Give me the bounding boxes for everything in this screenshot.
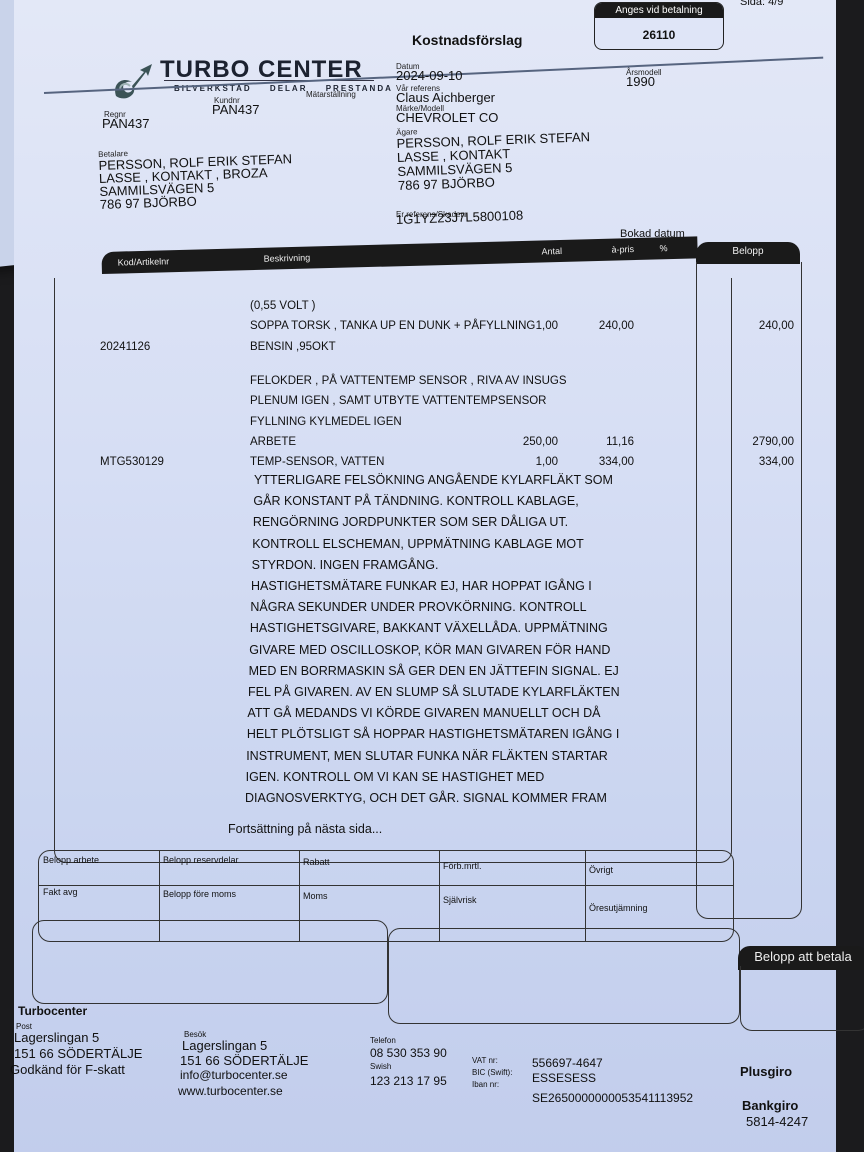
turbo-logo-icon — [110, 60, 154, 104]
row-quantity: 250,00 — [514, 436, 558, 448]
datum-value: 2024-09-10 — [396, 68, 463, 83]
work-note-line: HASTIGHETSMÄTARE FUNKAR EJ, HAR HOPPAT I… — [251, 576, 620, 597]
var-referens-value: Claus Aichberger — [396, 90, 495, 105]
work-note-line: MED EN BORRMASKIN SÅ GER DEN EN JÄTTEFIN… — [249, 661, 620, 682]
ovrigt-label: Övrigt — [589, 865, 613, 875]
plusgiro-label: Plusgiro — [740, 1064, 792, 1079]
row-description: TEMP-SENSOR, VATTEN — [250, 456, 384, 468]
work-notes: YTTERLIGARE FELSÖKNING ANGÅENDE KYLARFLÄ… — [254, 470, 620, 809]
bic-label: BIC (Swift): — [472, 1068, 512, 1077]
row-unit-price: 240,00 — [584, 320, 634, 332]
post-line: Godkänd för F-skatt — [10, 1062, 125, 1077]
work-note-line: HASTIGHETSGIVARE, BAKKANT VÄXELLÅDA. UPP… — [250, 618, 620, 639]
vat-label: VAT nr: — [472, 1056, 498, 1065]
work-note-line: GIVARE MED OSCILLOSKOP, KÖR MAN GIVAREN … — [249, 640, 619, 661]
bankgiro-label: Bankgiro — [742, 1098, 798, 1113]
email-link[interactable]: info@turbocenter.se — [180, 1068, 288, 1082]
arsmodell-value: 1990 — [626, 74, 655, 89]
col-header-quantity: Antal — [541, 246, 562, 257]
iban-value: SE2650000000053541113952 — [532, 1091, 693, 1105]
footer-company: Turbocenter — [18, 1004, 87, 1018]
amount-column — [696, 262, 802, 919]
bic-value: ESSESESS — [532, 1071, 596, 1085]
swish-value: 123 213 17 95 — [370, 1074, 447, 1088]
payment-reference-value: 26110 — [595, 28, 723, 42]
row-unit-price: 11,16 — [584, 436, 634, 448]
row-description: (0,55 VOLT ) — [250, 300, 315, 312]
invoice-page: TURBO CENTER BILVERKSTAD DELAR PRESTANDA… — [14, 0, 836, 1152]
work-note-line: INSTRUMENT, MEN SLUTAR FUNKA NÄR FLÄKTEN… — [246, 746, 619, 767]
besok-line: Lagerslingan 5 — [182, 1038, 267, 1053]
website-link[interactable]: www.turbocenter.se — [178, 1084, 283, 1098]
er-referens-value: 1G1YZ23J7L5800108 — [396, 208, 524, 227]
work-note-line: ATT GÅ MEDANDS VI KÖRDE GIVAREN MANUELLT… — [247, 703, 619, 724]
work-note-line: IGEN. KONTROLL OM VI KAN SE HASTIGHET ME… — [246, 767, 620, 788]
belopp-arbete-label: Belopp arbete — [43, 855, 99, 865]
iban-label: Iban nr: — [472, 1080, 499, 1089]
row-description: BENSIN ,95OKT — [250, 341, 336, 353]
bankgiro-value: 5814-4247 — [746, 1114, 808, 1129]
work-note-line: KONTROLL ELSCHEMAN, UPPMÄTNING KABLAGE M… — [252, 534, 619, 555]
row-description: PLENUM IGEN , SAMT UTBYTE VATTENTEMPSENS… — [250, 395, 546, 407]
swish-label: Swish — [370, 1062, 391, 1071]
col-header-description: Beskrivning — [264, 253, 311, 264]
row-quantity: 1,00 — [514, 456, 558, 468]
work-note-line: HELT PLÖTSLIGT SÅ HOPPAR HASTIGHETSMÄTAR… — [247, 724, 620, 745]
blank-box-left — [32, 920, 388, 1004]
besok-line: 151 66 SÖDERTÄLJE — [180, 1053, 308, 1068]
kundnr-value: PAN437 — [212, 102, 259, 117]
rabatt-label: Rabatt — [303, 857, 330, 867]
belopp-fore-moms-label: Belopp före moms — [163, 889, 236, 899]
row-description: FELOKDER , PÅ VATTENTEMP SENSOR , RIVA A… — [250, 375, 567, 387]
marke-modell-value: CHEVROLET CO — [396, 110, 498, 125]
payment-reference-label: Anges vid betalning — [595, 3, 723, 18]
page-indicator: Sida: 4/9 — [740, 0, 783, 8]
owner-block: Ägare PERSSON, ROLF ERIK STEFAN LASSE , … — [396, 121, 592, 193]
row-unit-price: 334,00 — [584, 456, 634, 468]
work-note-line: GÅR KONSTANT PÅ TÄNDNING. KONTROLL KABLA… — [253, 491, 619, 512]
post-line: 151 66 SÖDERTÄLJE — [14, 1046, 142, 1061]
row-code: 20241126 — [100, 341, 150, 353]
col-header-unit-price: à-pris — [611, 244, 634, 255]
moms-label: Moms — [303, 891, 328, 901]
work-note-line: FEL PÅ GIVAREN. AV EN SLUMP SÅ SLUTADE K… — [248, 682, 620, 703]
row-amount: 2790,00 — [724, 436, 794, 448]
document-title: Kostnadsförslag — [412, 32, 522, 48]
items-table-header: Kod/Artikelnr Beskrivning Antal à-pris % — [101, 236, 697, 274]
belopp-reservdelar-label: Belopp reservdelar — [163, 855, 239, 865]
work-note-line: NÅGRA SEKUNDER UNDER PROVKÖRNING. KONTRO… — [250, 597, 619, 618]
regnr-value: PAN437 — [102, 116, 149, 131]
oresutjamning-label: Öresutjämning — [589, 903, 648, 913]
work-note-line: DIAGNOSVERKTYG, OCH DET GÅR. SIGNAL KOMM… — [245, 788, 620, 809]
vat-value: 556697-4647 — [532, 1056, 603, 1070]
row-description: ARBETE — [250, 436, 296, 448]
col-header-percent: % — [659, 243, 667, 253]
work-note-line: YTTERLIGARE FELSÖKNING ANGÅENDE KYLARFLÄ… — [254, 470, 620, 491]
continuation-note: Fortsättning på nästa sida... — [228, 822, 382, 836]
row-amount: 334,00 — [724, 456, 794, 468]
blank-box-middle — [388, 928, 740, 1024]
payer-block: Betalare PERSSON, ROLF ERIK STEFAN LASSE… — [98, 143, 294, 211]
row-code: MTG530129 — [100, 456, 164, 468]
forb-mrtl-label: Förb.mrtl. — [443, 861, 482, 871]
telefon-value: 08 530 353 90 — [370, 1046, 447, 1060]
belopp-att-betala-box — [740, 966, 864, 1031]
col-header-amount: Belopp — [696, 242, 800, 264]
work-note-line: STYRDON. INGEN FRAMGÅNG. — [252, 555, 620, 576]
sjalvrisk-label: Självrisk — [443, 895, 477, 905]
row-amount: 240,00 — [724, 320, 794, 332]
payment-reference-box: Anges vid betalning 26110 — [594, 2, 724, 50]
telefon-label: Telefon — [370, 1036, 396, 1045]
work-note-line: RENGÖRNING JORDPUNKTER SOM SER DÅLIGA UT… — [253, 512, 620, 533]
col-header-code: Kod/Artikelnr — [118, 256, 170, 267]
row-quantity: 1,00 — [514, 320, 558, 332]
fakt-avg-label: Fakt avg — [43, 887, 78, 897]
row-description: SOPPA TORSK , TANKA UP EN DUNK + PÅFYLLN… — [250, 320, 535, 332]
row-description: FYLLNING KYLMEDEL IGEN — [250, 416, 402, 428]
matarstallning-label: Mätarställning — [306, 90, 356, 99]
post-line: Lagerslingan 5 — [14, 1030, 99, 1045]
